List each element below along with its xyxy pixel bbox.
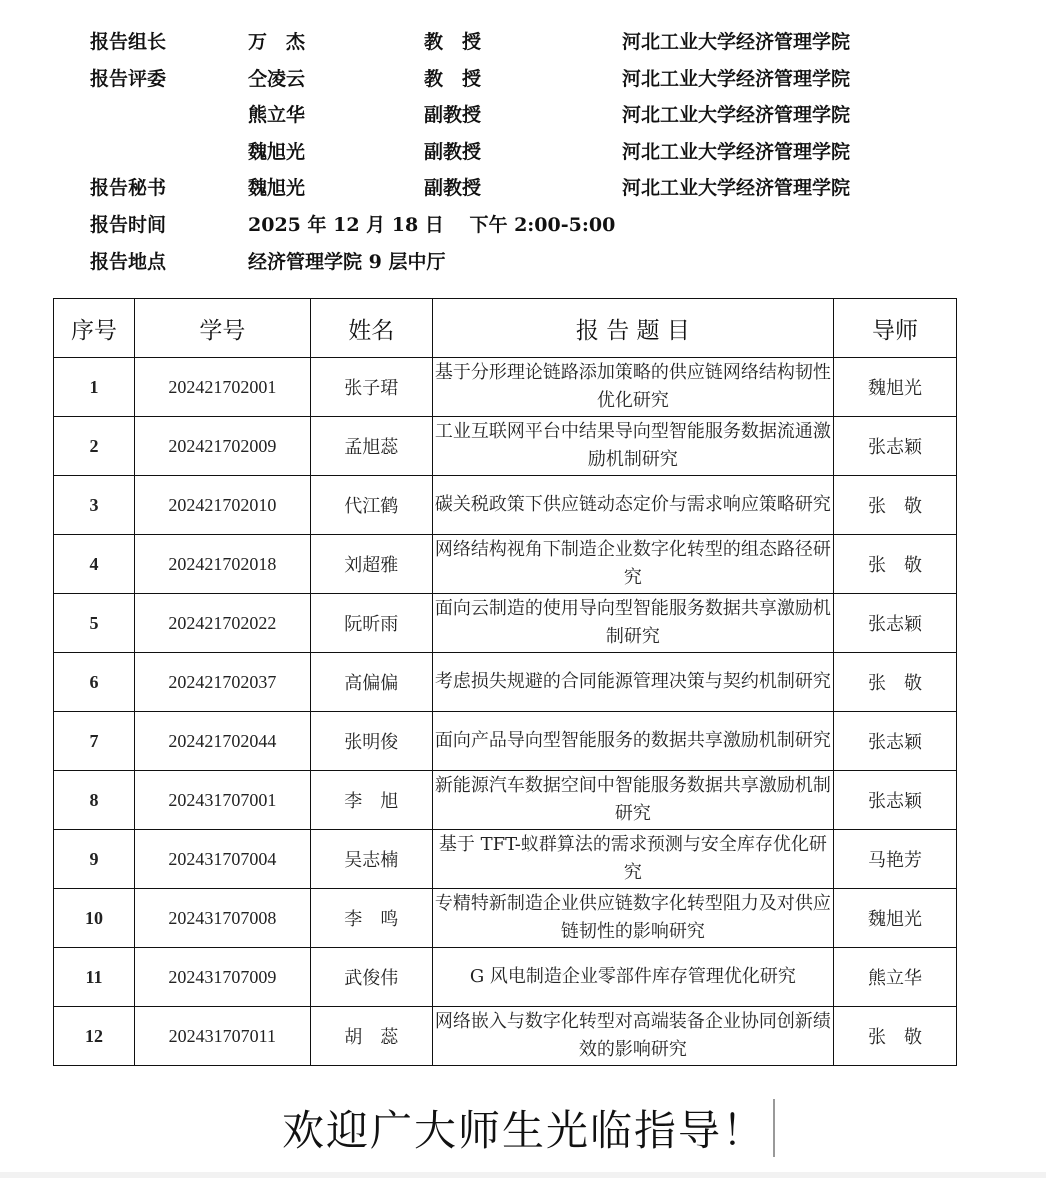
table-row: 5202421702022阮昕雨面向云制造的使用导向型智能服务数据共享激励机制研…	[54, 594, 957, 653]
welcome-message: 欢迎广大师生光临指导！	[282, 1098, 766, 1158]
report-topic: 网络嵌入与数字化转型对高端装备企业协同创新绩效的影响研究	[432, 1007, 833, 1066]
header-index: 序号	[54, 299, 135, 358]
header-student-id: 学号	[134, 299, 310, 358]
report-topic: 面向云制造的使用导向型智能服务数据共享激励机制研究	[432, 594, 833, 653]
row-index: 5	[54, 594, 135, 653]
member-title: 副教授	[424, 134, 481, 171]
table-row: 12202431707011胡 蕊网络嵌入与数字化转型对高端装备企业协同创新绩效…	[54, 1007, 957, 1066]
advisor-name: 张 敬	[834, 1007, 957, 1066]
report-topic: G 风电制造企业零部件库存管理优化研究	[432, 948, 833, 1007]
student-name: 刘超雅	[310, 535, 432, 594]
student-name: 李 旭	[310, 771, 432, 830]
report-schedule-table: 序号 学号 姓名 报 告 题 目 导师 1202421702001张子珺基于分形…	[53, 298, 957, 1066]
row-index: 4	[54, 535, 135, 594]
student-name: 高偏偏	[310, 653, 432, 712]
row-index: 6	[54, 653, 135, 712]
report-topic: 专精特新制造企业供应链数字化转型阻力及对供应链韧性的影响研究	[432, 889, 833, 948]
role-label: 报告评委	[90, 61, 166, 98]
student-name: 武俊伟	[310, 948, 432, 1007]
table-row: 9202431707004吴志楠基于 TFT-蚁群算法的需求预测与安全库存优化研…	[54, 830, 957, 889]
member-name: 熊立华	[248, 97, 305, 134]
row-index: 12	[54, 1007, 135, 1066]
student-name: 李 鸣	[310, 889, 432, 948]
report-topic: 考虑损失规避的合同能源管理决策与契约机制研究	[432, 653, 833, 712]
report-topic: 基于分形理论链路添加策略的供应链网络结构韧性优化研究	[432, 358, 833, 417]
student-id: 202421702044	[134, 712, 310, 771]
student-id: 202431707008	[134, 889, 310, 948]
member-org: 河北工业大学经济管理学院	[622, 61, 850, 98]
report-topic: 网络结构视角下制造企业数字化转型的组态路径研究	[432, 535, 833, 594]
table-row: 3202421702010代江鹤碳关税政策下供应链动态定价与需求响应策略研究张 …	[54, 476, 957, 535]
advisor-name: 魏旭光	[834, 889, 957, 948]
role-label: 报告秘书	[90, 170, 166, 207]
member-title: 副教授	[424, 97, 481, 134]
student-name: 胡 蕊	[310, 1007, 432, 1066]
member-org: 河北工业大学经济管理学院	[622, 134, 850, 171]
advisor-name: 马艳芳	[834, 830, 957, 889]
table-row: 7202421702044张明俊面向产品导向型智能服务的数据共享激励机制研究张志…	[54, 712, 957, 771]
advisor-name: 张 敬	[834, 653, 957, 712]
student-name: 吴志楠	[310, 830, 432, 889]
member-org: 河北工业大学经济管理学院	[622, 170, 850, 207]
member-name: 魏旭光	[248, 170, 305, 207]
report-topic: 工业互联网平台中结果导向型智能服务数据流通激励机制研究	[432, 417, 833, 476]
advisor-name: 张志颖	[834, 712, 957, 771]
page-bottom-edge	[0, 1172, 1046, 1178]
member-org: 河北工业大学经济管理学院	[622, 24, 850, 61]
student-id: 202421702022	[134, 594, 310, 653]
student-name: 代江鹤	[310, 476, 432, 535]
student-id: 202421702037	[134, 653, 310, 712]
table-row: 4202421702018刘超雅网络结构视角下制造企业数字化转型的组态路径研究张…	[54, 535, 957, 594]
text-cursor	[773, 1099, 775, 1157]
advisor-name: 张志颖	[834, 771, 957, 830]
student-id: 202431707001	[134, 771, 310, 830]
student-id: 202431707004	[134, 830, 310, 889]
student-name: 张明俊	[310, 712, 432, 771]
advisor-name: 张志颖	[834, 594, 957, 653]
row-index: 7	[54, 712, 135, 771]
report-topic: 基于 TFT-蚁群算法的需求预测与安全库存优化研究	[432, 830, 833, 889]
student-id: 202431707011	[134, 1007, 310, 1066]
student-name: 张子珺	[310, 358, 432, 417]
row-index: 1	[54, 358, 135, 417]
table-row: 10202431707008李 鸣专精特新制造企业供应链数字化转型阻力及对供应链…	[54, 889, 957, 948]
time-label: 报告时间	[90, 207, 166, 244]
role-label: 报告组长	[90, 24, 166, 61]
row-index: 9	[54, 830, 135, 889]
report-topic: 面向产品导向型智能服务的数据共享激励机制研究	[432, 712, 833, 771]
row-index: 10	[54, 889, 135, 948]
student-id: 202421702009	[134, 417, 310, 476]
member-name: 魏旭光	[248, 134, 305, 171]
place-label: 报告地点	[90, 244, 166, 281]
time-value: 2025 年 12 月 18 日 下午 2:00-5:00	[248, 207, 615, 244]
member-name: 万 杰	[248, 24, 305, 61]
table-row: 2202421702009孟旭蕊工业互联网平台中结果导向型智能服务数据流通激励机…	[54, 417, 957, 476]
table-header-row: 序号 学号 姓名 报 告 题 目 导师	[54, 299, 957, 358]
student-name: 阮昕雨	[310, 594, 432, 653]
row-index: 8	[54, 771, 135, 830]
header-advisor: 导师	[834, 299, 957, 358]
report-topic: 碳关税政策下供应链动态定价与需求响应策略研究	[432, 476, 833, 535]
advisor-name: 张志颖	[834, 417, 957, 476]
student-id: 202431707009	[134, 948, 310, 1007]
row-index: 3	[54, 476, 135, 535]
header-name: 姓名	[310, 299, 432, 358]
header-topic: 报 告 题 目	[432, 299, 833, 358]
advisor-name: 张 敬	[834, 476, 957, 535]
member-title: 教 授	[424, 24, 481, 61]
row-index: 2	[54, 417, 135, 476]
row-index: 11	[54, 948, 135, 1007]
place-value: 经济管理学院 9 层中厅	[248, 244, 445, 281]
member-org: 河北工业大学经济管理学院	[622, 97, 850, 134]
advisor-name: 张 敬	[834, 535, 957, 594]
member-title: 教 授	[424, 61, 481, 98]
student-id: 202421702001	[134, 358, 310, 417]
advisor-name: 魏旭光	[834, 358, 957, 417]
student-name: 孟旭蕊	[310, 417, 432, 476]
student-id: 202421702010	[134, 476, 310, 535]
member-title: 副教授	[424, 170, 481, 207]
table-row: 1202421702001张子珺基于分形理论链路添加策略的供应链网络结构韧性优化…	[54, 358, 957, 417]
report-topic: 新能源汽车数据空间中智能服务数据共享激励机制研究	[432, 771, 833, 830]
table-row: 8202431707001李 旭新能源汽车数据空间中智能服务数据共享激励机制研究…	[54, 771, 957, 830]
member-name: 仝凌云	[248, 61, 305, 98]
table-row: 11202431707009武俊伟G 风电制造企业零部件库存管理优化研究熊立华	[54, 948, 957, 1007]
advisor-name: 熊立华	[834, 948, 957, 1007]
student-id: 202421702018	[134, 535, 310, 594]
table-row: 6202421702037高偏偏考虑损失规避的合同能源管理决策与契约机制研究张 …	[54, 653, 957, 712]
